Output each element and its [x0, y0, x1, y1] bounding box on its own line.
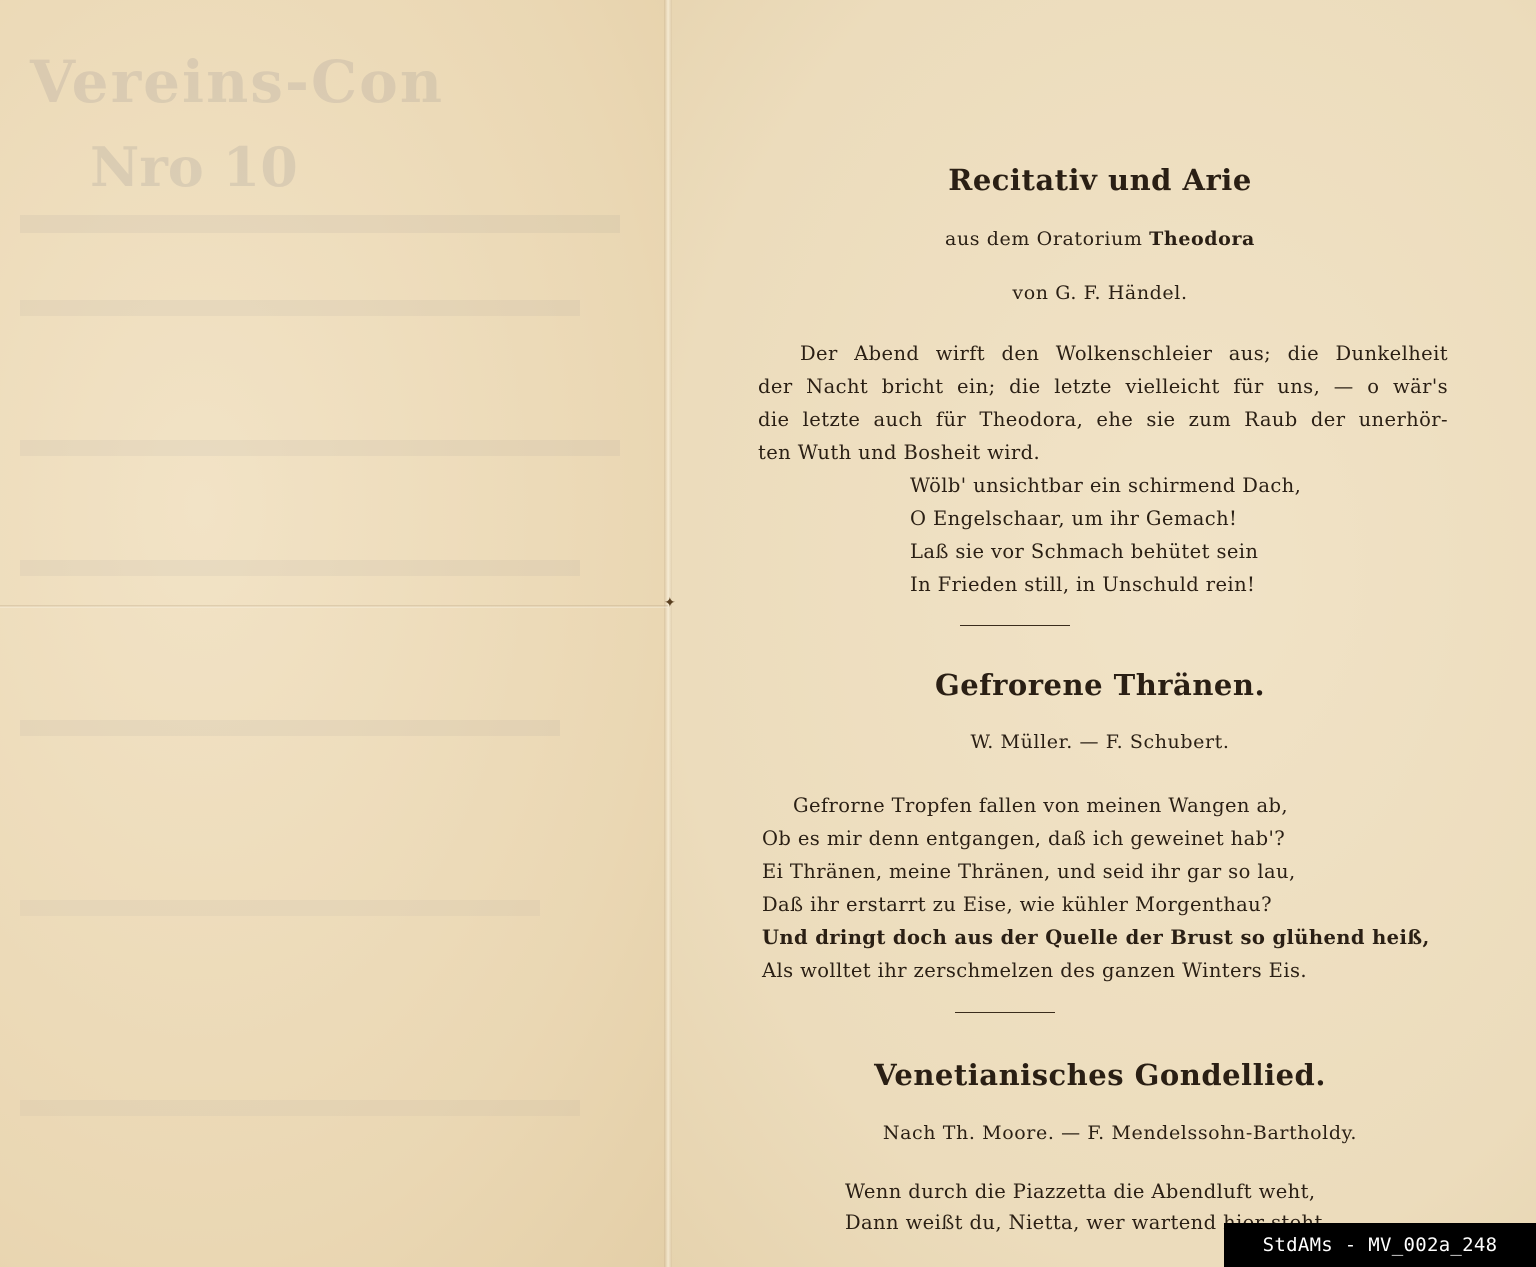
prose-line: der Nacht bricht ein; die letzte viellei…: [758, 375, 1448, 398]
section-divider: [955, 1012, 1055, 1013]
subtitle-work: Theodora: [1149, 228, 1255, 250]
subtitle-prefix: aus dem Oratorium: [945, 228, 1143, 250]
bleed-through-line: [20, 560, 580, 576]
pin-mark-icon: ✦: [664, 596, 674, 610]
horizontal-crease: [0, 605, 668, 608]
verse-line: Ei Thränen, meine Thränen, und seid ihr …: [762, 860, 1296, 883]
verse-line: Wölb' unsichtbar ein schirmend Dach,: [910, 474, 1301, 497]
prose-line: ten Wuth und Bosheit wird.: [758, 441, 1040, 464]
verse-line: O Engelschaar, um ihr Gemach!: [910, 507, 1237, 530]
verse-line: Und dringt doch aus der Quelle der Brust…: [762, 926, 1430, 949]
section-credit: Nach Th. Moore. — F. Mendelssohn-Barthol…: [760, 1122, 1480, 1144]
section-title: Recitativ und Arie: [740, 163, 1460, 197]
verse-line: In Frieden still, in Unschuld rein!: [910, 573, 1255, 596]
bleed-through-line: [20, 300, 580, 316]
verse-line: Als wolltet ihr zerschmelzen des ganzen …: [762, 959, 1307, 982]
bleed-through-line: [20, 720, 560, 736]
section-credit: von G. F. Händel.: [740, 282, 1460, 304]
verse-line: Daß ihr erstarrt zu Eise, wie kühler Mor…: [762, 893, 1272, 916]
bleed-through-number: Nro 10: [90, 135, 298, 199]
prose-line: Der Abend wirft den Wolkenschleier aus; …: [758, 342, 1448, 365]
archive-stamp: StdAMs - MV_002a_248: [1224, 1223, 1536, 1267]
verse-line: Gefrorne Tropfen fallen von meinen Wange…: [793, 794, 1288, 817]
section-title: Venetianisches Gondellied.: [740, 1058, 1460, 1092]
section-divider: [960, 625, 1070, 626]
verse-line: Laß sie vor Schmach behütet sein: [910, 540, 1258, 563]
prose-line: die letzte auch für Theodora, ehe sie zu…: [758, 408, 1448, 431]
bleed-through-line: [20, 215, 620, 233]
bleed-through-line: [20, 440, 620, 456]
center-fold: [664, 0, 672, 1267]
verse-line: Wenn durch die Piazzetta die Abendluft w…: [845, 1180, 1315, 1203]
bleed-through-line: [20, 1100, 580, 1116]
bleed-through-title: Vereins-Con: [30, 48, 444, 116]
section-credit: W. Müller. — F. Schubert.: [740, 731, 1460, 753]
bleed-through-line: [20, 900, 540, 916]
section-subtitle: aus dem Oratorium Theodora: [740, 228, 1460, 250]
section-title: Gefrorene Thränen.: [740, 668, 1460, 702]
verse-line: Ob es mir denn entgangen, daß ich gewein…: [762, 827, 1285, 850]
